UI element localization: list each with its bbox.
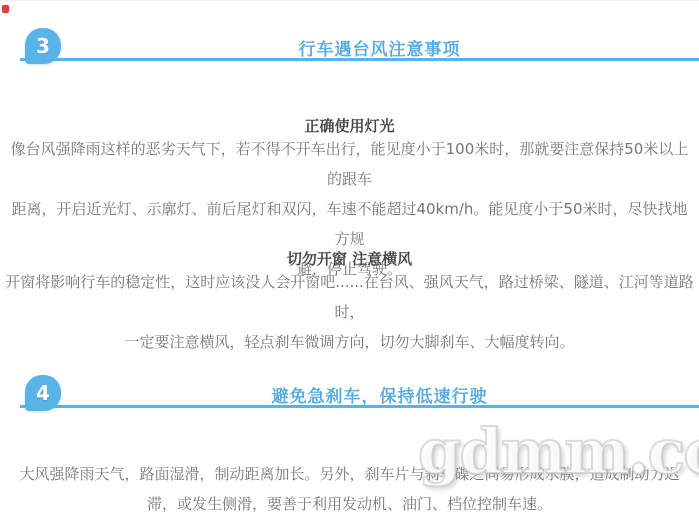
- section-3-badge: 3: [25, 28, 61, 64]
- paragraph-no-windows-crosswind: 开窗将影响行车的稳定性，这时应该没人会开窗吧......在台风、强风天气，路过桥…: [5, 267, 694, 357]
- section-4-badge: 4: [25, 375, 61, 411]
- subheading-correct-lights: 正确使用灯光: [0, 115, 699, 136]
- subheading-no-windows-crosswind: 切勿开窗 注意横风: [0, 248, 699, 269]
- section-4-divider-line: [20, 405, 699, 408]
- red-marker-icon: [2, 5, 9, 13]
- section-3-number: 3: [36, 36, 50, 56]
- section-3-divider-line: [20, 58, 699, 61]
- section-4-title: 避免急刹车，保持低速行驶: [60, 382, 699, 407]
- section-4-number: 4: [36, 383, 50, 403]
- section-3-title: 行车遇台风注意事项: [60, 35, 699, 60]
- paragraph-avoid-hard-braking: 大风强降雨天气，路面湿滑，制动距离加长。另外，刹车片与刹车碟之间易形成水膜，造成…: [5, 459, 694, 519]
- article-page: 3 行车遇台风注意事项 正确使用灯光 像台风强降雨这样的恶劣天气下，若不得不开车…: [0, 0, 699, 519]
